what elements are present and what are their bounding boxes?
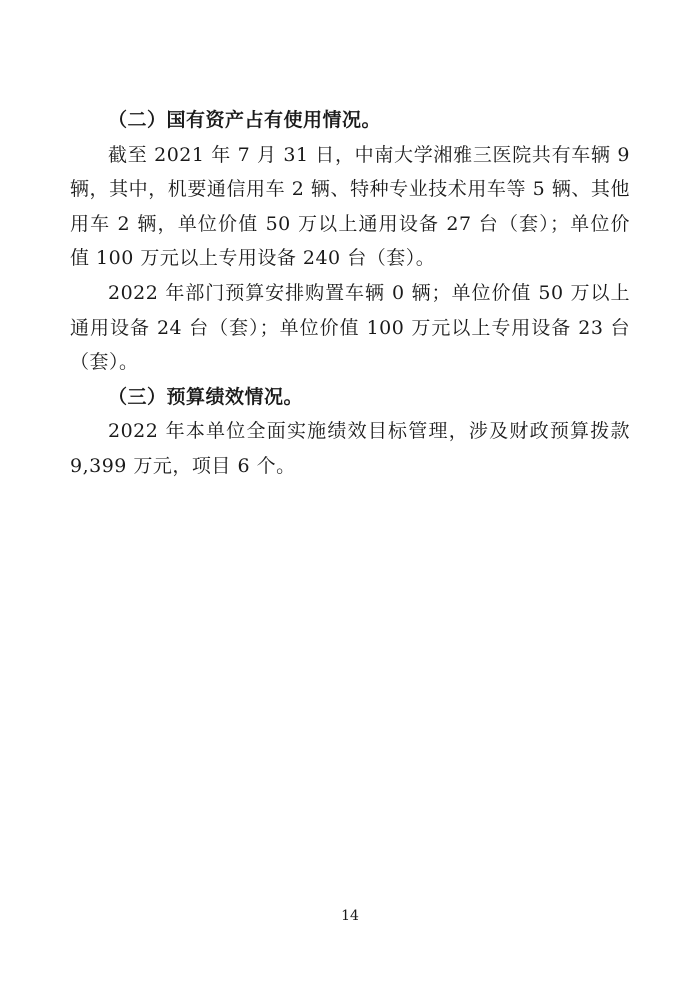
section-heading-budget-performance: （三）预算绩效情况。 — [70, 380, 630, 415]
paragraph-assets-current: 截至 2021 年 7 月 31 日，中南大学湘雅三医院共有车辆 9 辆，其中，… — [70, 138, 630, 276]
document-content: （二）国有资产占有使用情况。 截至 2021 年 7 月 31 日，中南大学湘雅… — [70, 103, 630, 484]
paragraph-assets-budget-2022: 2022 年部门预算安排购置车辆 0 辆；单位价值 50 万以上通用设备 24 … — [70, 276, 630, 380]
page-number: 14 — [0, 908, 700, 924]
section-heading-state-assets: （二）国有资产占有使用情况。 — [70, 103, 630, 138]
paragraph-performance-2022: 2022 年本单位全面实施绩效目标管理，涉及财政预算拨款 9,399 万元，项目… — [70, 414, 630, 483]
document-page: （二）国有资产占有使用情况。 截至 2021 年 7 月 31 日，中南大学湘雅… — [0, 0, 700, 990]
